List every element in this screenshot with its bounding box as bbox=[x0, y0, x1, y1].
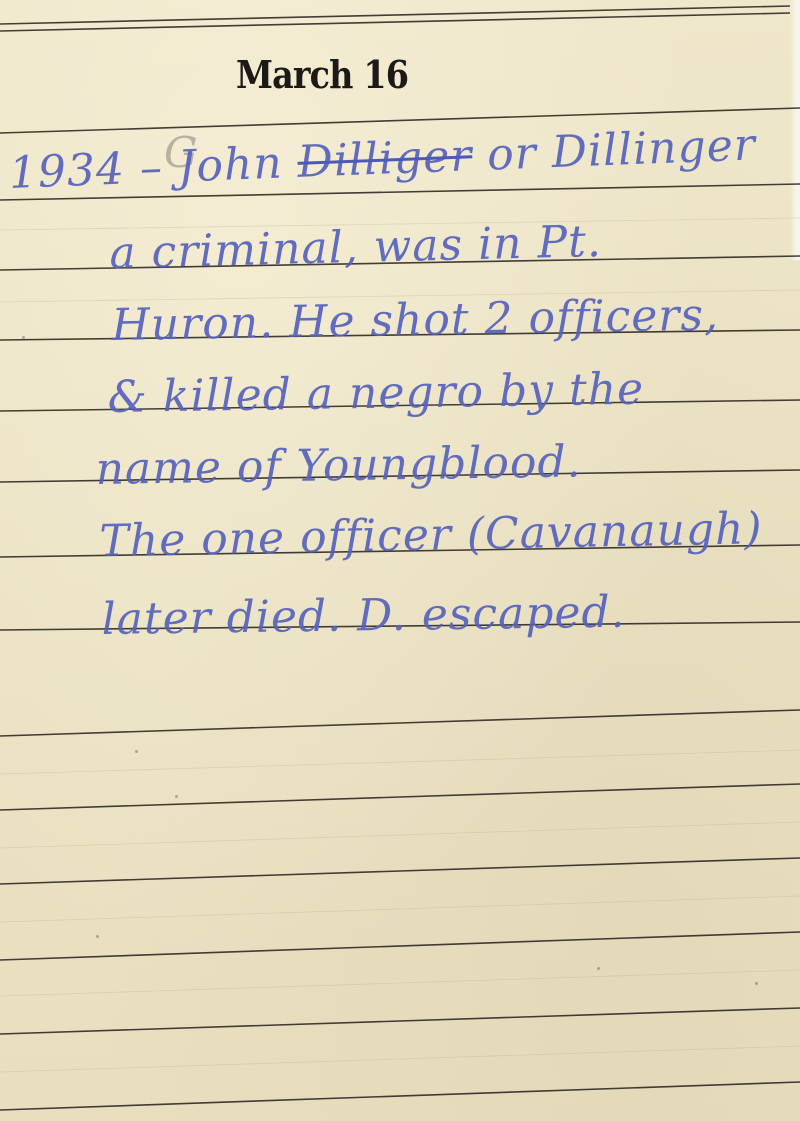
paper-speck bbox=[96, 935, 99, 938]
handwritten-line-7: later died. D. escaped. bbox=[101, 587, 626, 645]
line-3-text: Huron. He shot 2 officers, bbox=[111, 289, 719, 351]
handwritten-line-4: & killed a negro by the bbox=[107, 364, 644, 423]
line-7-text: later died. D. escaped. bbox=[101, 587, 626, 645]
paper-speck bbox=[597, 967, 600, 970]
line-1-suffix: or Dillinger bbox=[471, 119, 756, 181]
paper-speck bbox=[135, 750, 138, 753]
line-5-text: name of Youngblood. bbox=[95, 436, 582, 495]
handwritten-line-3: Huron. He shot 2 officers, bbox=[111, 289, 719, 351]
paper-speck bbox=[755, 982, 758, 985]
handwritten-line-5: name of Youngblood. bbox=[95, 436, 582, 495]
paper-speck bbox=[175, 795, 178, 798]
line-4-text: & killed a negro by the bbox=[107, 364, 644, 423]
crossed-out-word: Dilliger bbox=[297, 130, 474, 188]
diary-page: March 16 G 1934 – John Dilliger or Dilli… bbox=[0, 0, 800, 1121]
date-title: March 16 bbox=[236, 52, 408, 97]
paper-speck bbox=[22, 336, 25, 339]
